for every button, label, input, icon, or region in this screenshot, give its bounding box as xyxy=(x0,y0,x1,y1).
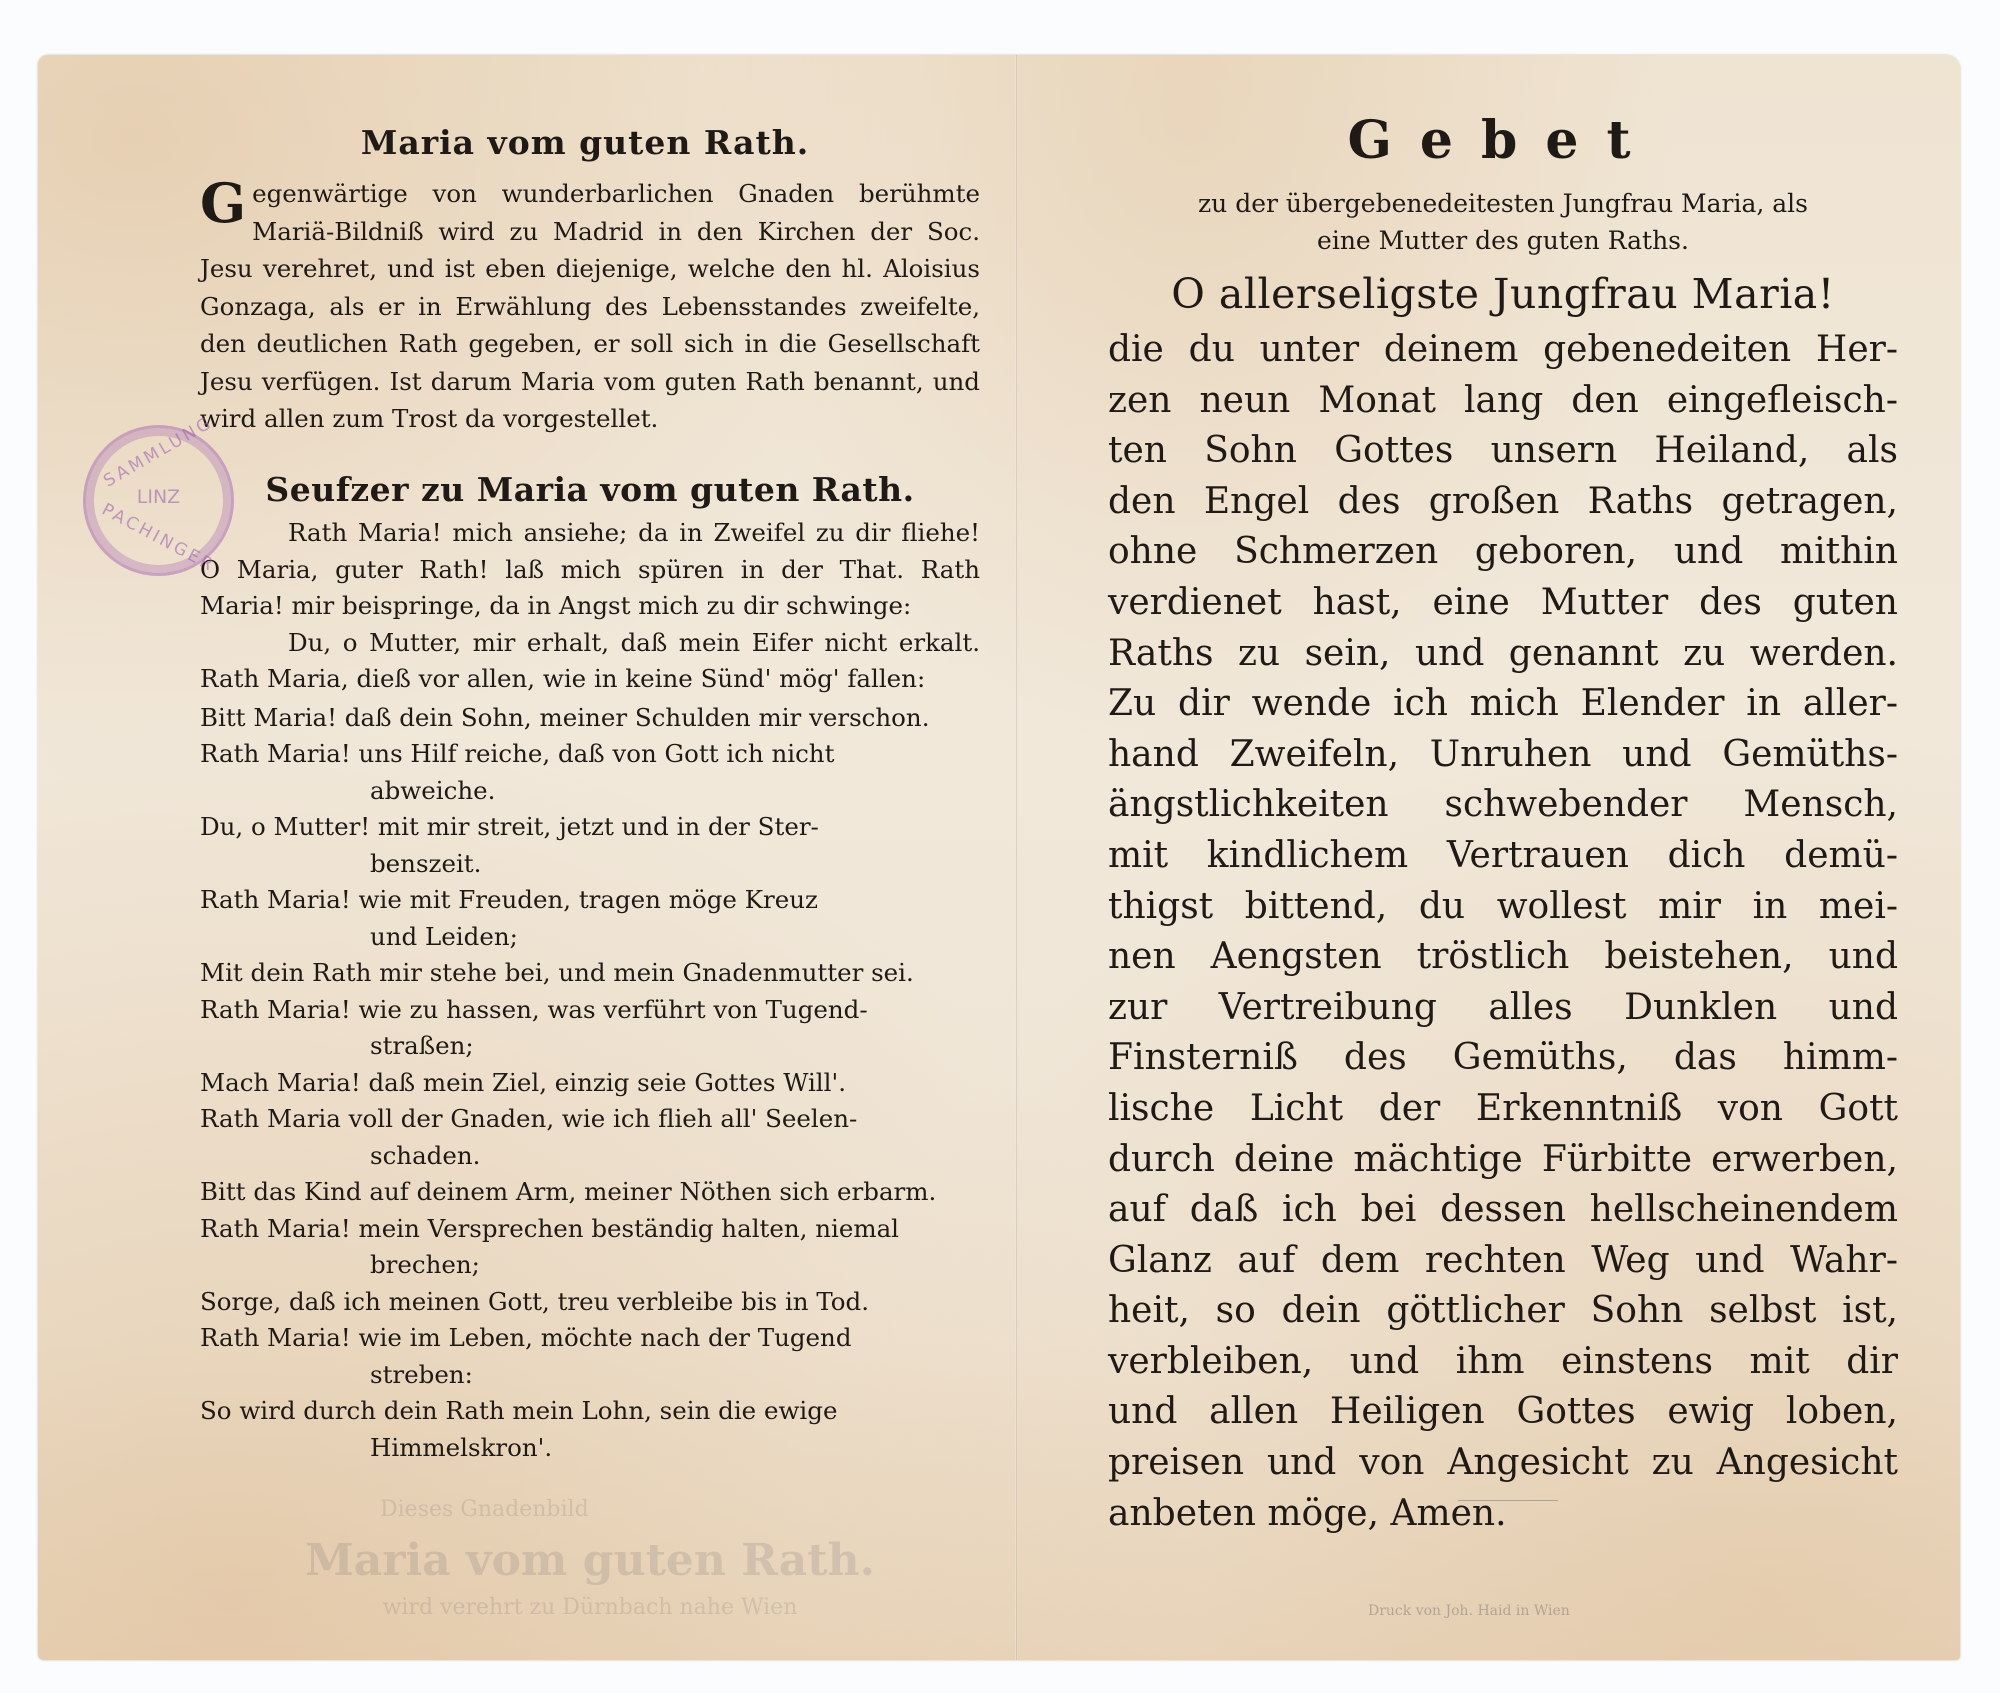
prayer-line: durch deine mächtige Fürbitte erwerben, xyxy=(1108,1135,1898,1186)
prayer-line: hand Zweifeln, Unruhen und Gemüths- xyxy=(1108,730,1898,781)
verse-continuation: Himmelskron'. xyxy=(200,1430,980,1467)
prayer-line: verdienet hast, eine Mutter des guten xyxy=(1108,578,1898,629)
subtitle-line: zu der übergebenedeitesten Jungfrau Mari… xyxy=(1108,185,1898,222)
verse-line: Rath Maria! wie mit Freuden, tragen möge… xyxy=(200,882,980,919)
prayer-line: Zu dir wende ich mich Elender in aller- xyxy=(1108,679,1898,730)
prayer-line: auf daß ich bei dessen hellscheinendem xyxy=(1108,1185,1898,1236)
prayer-text: die du unter deinem gebenedeiten Her- ze… xyxy=(1108,325,1898,1539)
prayer-line: ten Sohn Gottes unsern Heiland, als xyxy=(1108,426,1898,477)
verse-continuation: straßen; xyxy=(200,1028,980,1065)
prayer-line: ängstlichkeiten schwebender Mensch, xyxy=(1108,780,1898,831)
verse-line: Mit dein Rath mir stehe bei, und mein Gn… xyxy=(200,955,980,992)
printer-imprint: Druck von Joh. Haid in Wien xyxy=(1368,1603,1570,1619)
verse-line: So wird durch dein Rath mein Lohn, sein … xyxy=(200,1393,980,1430)
bleed-through-line: Dieses Gnadenbild xyxy=(380,1497,589,1522)
prayer-line: nen Aengsten tröstlich beistehen, und xyxy=(1108,932,1898,983)
verse-line: Mach Maria! daß mein Ziel, einzig seie G… xyxy=(200,1065,980,1102)
paper-sheet: Dieses Gnadenbild Maria vom guten Rath. … xyxy=(38,55,1960,1660)
prayer-line: verbleiben, und ihm einstens mit dir xyxy=(1108,1337,1898,1388)
prayer-line: Raths zu sein, und genannt zu werden. xyxy=(1108,629,1898,680)
prayer-line: preisen und von Angesicht zu Angesicht xyxy=(1108,1438,1898,1489)
prayer-line: Finsterniß des Gemüths, das himm- xyxy=(1108,1033,1898,1084)
prayer-line: mit kindlichem Vertrauen dich demü- xyxy=(1108,831,1898,882)
verse-line: Sorge, daß ich meinen Gott, treu verblei… xyxy=(200,1284,980,1321)
verse-line: Du, o Mutter! mit mir streit, jetzt und … xyxy=(200,809,980,846)
verse-line: Rath Maria! wie zu hassen, was verführt … xyxy=(200,992,980,1029)
prayer-line: anbeten möge, Amen. xyxy=(1108,1489,1898,1540)
verse-line: Rath Maria! mein Versprechen beständig h… xyxy=(200,1211,980,1248)
prose-paragraph: Rath Maria! mich ansiehe; da in Zweifel … xyxy=(200,515,980,625)
intro-text: egenwärtige von wunderbarlichen Gnaden b… xyxy=(200,179,980,433)
prayer-line: heit, so dein göttlicher Sohn selbst ist… xyxy=(1108,1286,1898,1337)
intro-paragraph: Gegenwärtige von wunderbarlichen Gnaden … xyxy=(200,175,980,438)
prayer-line: thigst bittend, du wollest mir in mei- xyxy=(1108,882,1898,933)
verse-line: Bitt das Kind auf deinem Arm, meiner Nöt… xyxy=(200,1174,980,1211)
section-title: Seufzer zu Maria vom guten Rath. xyxy=(200,470,980,509)
verse-continuation: benszeit. xyxy=(200,846,980,883)
prayer-line: Glanz auf dem rechten Weg und Wahr- xyxy=(1108,1236,1898,1287)
prayer-invocation: O allerseligste Jungfrau Maria! xyxy=(1108,270,1898,318)
bleed-through-caption: wird verehrt zu Dürnbach nahe Wien xyxy=(260,1595,920,1620)
bleed-through-title: Maria vom guten Rath. xyxy=(240,1535,940,1586)
prayer-line: ohne Schmerzen geboren, und mithin xyxy=(1108,527,1898,578)
verse-continuation: abweiche. xyxy=(200,773,980,810)
stamp-text-top: SAMMLUNG xyxy=(91,407,227,497)
verse-continuation: schaden. xyxy=(200,1138,980,1175)
prayer-line: lische Licht der Erkenntniß von Gott xyxy=(1108,1084,1898,1135)
prayer-line: und allen Heiligen Gottes ewig loben, xyxy=(1108,1387,1898,1438)
prayer-line: zen neun Monat lang den eingefleisch- xyxy=(1108,376,1898,427)
prayer-line: den Engel des großen Raths getragen, xyxy=(1108,477,1898,528)
drop-cap: G xyxy=(200,177,246,229)
prayer-title: Gebet xyxy=(1108,110,1898,171)
verse-continuation: streben: xyxy=(200,1357,980,1394)
prayer-subtitle: zu der übergebenedeitesten Jungfrau Mari… xyxy=(1108,185,1898,259)
prayer-line: zur Vertreibung alles Dunklen und xyxy=(1108,983,1898,1034)
center-fold xyxy=(1015,55,1018,1660)
prayer-line: die du unter deinem gebenedeiten Her- xyxy=(1108,325,1898,376)
collection-stamp: SAMMLUNG LINZ PACHINGER xyxy=(83,425,234,576)
verse-continuation: brechen; xyxy=(200,1247,980,1284)
verse-line: Rath Maria voll der Gnaden, wie ich flie… xyxy=(200,1101,980,1138)
verse-block: Rath Maria! mich ansiehe; da in Zweifel … xyxy=(200,515,980,1466)
prose-paragraph: Du, o Mutter, mir erhalt, daß mein Eifer… xyxy=(200,625,980,698)
verse-line: Rath Maria! uns Hilf reiche, daß von Got… xyxy=(200,736,980,773)
page-title: Maria vom guten Rath. xyxy=(345,123,825,162)
verse-continuation: und Leiden; xyxy=(200,919,980,956)
subtitle-line: eine Mutter des guten Raths. xyxy=(1108,222,1898,259)
verse-line: Rath Maria! wie im Leben, möchte nach de… xyxy=(200,1320,980,1357)
verse-line: Bitt Maria! daß dein Sohn, meiner Schuld… xyxy=(200,700,980,737)
divider-rule xyxy=(1458,1500,1558,1501)
